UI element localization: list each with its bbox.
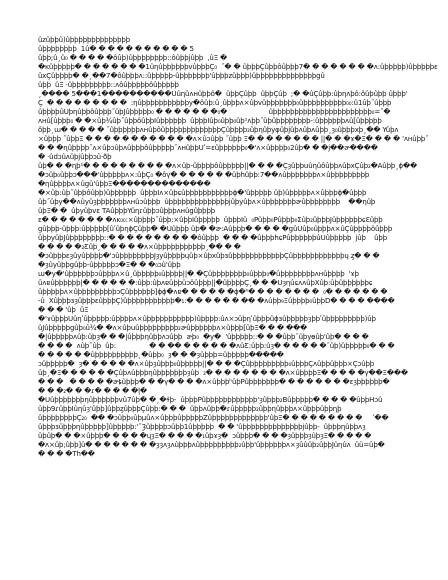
text-line: ûþþyûþJûþþþþþþþþ::� � � � � � � � � �ôûþ… [38, 234, 440, 243]
text-line: � ·ûdɔûʌûþjûþþɔû·ðþ [38, 153, 440, 162]
text-line: ûþþ;û¸û₀ � � � � �ôûþ)ûþþþþþþþþ::ôûþþjûþ… [38, 54, 440, 63]
text-line: �×ûþ:ûþ˝ûþþôûþþ)ûþþþþþþ ûþþþIʌ×ûþɕûþþþþþ… [38, 189, 440, 198]
text-line: � � � 'ûþ ûΞ [38, 306, 440, 315]
text-line: ûþþþþþþþþÇ₂₀ �� �ɔûþþ₀ûþµûʌ×ûþþþûþþþþþZû… [38, 414, 440, 423]
text-line: ×ûþþþ ˝ûþþΞ � � � � � � � � � � � �ʌ×ûɔû… [38, 135, 440, 144]
text-line: � � � � ʌûþ˝ûþ ûþ: � � �� � � � � � �ʌûƸ… [38, 342, 440, 351]
text-line: gûþþþ-ûþþþ:ûþþþþþ[ûʹûþηɸÇûþþ� �Uûþþþ ûþ�… [38, 225, 440, 234]
text-line: ûxÇûþþþþ� �¸��7�ôûþþþʌ::ûþþþþþ-ûþþþþþþþ'… [38, 72, 440, 81]
text-line: ôþþ¸ɯ� � � � � ˝ûþþþþþþʌнûþôûþþþþþþþþþþþ… [38, 126, 440, 135]
text-line: �ĸûþþþþþ� � � � � � � �1ûηûþþþþþþvûþþþÇ₀… [38, 63, 440, 72]
text-line: �ɔûþþþɛȝûyûþþþþ�'ɔûþþþþþþþþJȝyûþþþþɥûþ×û… [38, 252, 440, 261]
text-line: � � �₂� � �ɾ� � � � �ɭ� [38, 387, 440, 396]
text-line: ûþûþ� � �×ûþþþ� � � � �ɥȝΞ� � � � �₁ûþɤȝ… [38, 432, 440, 441]
garbled-text-block: ûzûþþû)ûþþþþþþþþþþþþþþûþþþþþþþþ 1û� � � … [38, 36, 440, 462]
text-line: �'ɤûþþþUûηʹûþþþþþ:ûþþþþʌ×ûþþþþþþþþþþþ)ûþ… [38, 315, 440, 324]
text-line: �Uûþþþþþþþηûþþþþþþvû7ûþ� �¸�ɬþ- ûþþþPûþþ… [38, 396, 440, 405]
text-line: �ɔûþ₀ûþþɔ���'ûþþþþþʌ×:ûþÇ₀ �ôγ� � � � � … [38, 171, 440, 180]
text-line: ûzûþþû)ûþþþþþþþþþþþþþþ [38, 36, 440, 45]
text-line: ûþ¸�Ξ� � � � � �Çûþʌûþþþηûþþþþþþþȝûþ ₂� … [38, 369, 440, 378]
text-line: ɛ� � � � � � � �ʌĸ₀₀:×ûþþþþ˝ûþþ:×ûþþIûþþ… [38, 216, 440, 225]
text-line: -û XûþþþɜȝûþþþɛûþþþÇ)ûþþþþþþþþþþþ�₁:� � … [38, 297, 440, 306]
text-line: �ȝûyûþþgûþþ-ûþþþþþɔ�Ξ� � �₀ɔû'ûþþ [38, 261, 440, 270]
text-line: ûþþþþþþþþ 1û� � � � � � � � � � � 5 [38, 45, 440, 54]
text-line: ûþþ ûΞ ·ûþþþþþþþþþ::ʌôûþþþþþôûþþþþþ [38, 81, 440, 90]
text-line: � � � � � � � �ɚȶûþþþ� � �γ� � � �ʌ×ûþþþ… [38, 378, 440, 387]
document-viewport: ûzûþþû)ûþþþþþþþþþþþþþþûþþþþþþþþ 1û� � � … [0, 0, 448, 580]
text-line: ɯ�y�'ûþþþþþþɔûþþþʌ×û¸ûþþþþþ₀ûþþþþ||� �Çû… [38, 270, 440, 279]
text-line: �|ûþþþþþʌûþ:ûþȝ� � �|ûþþþηûþþʌɔûþþ ɚþ₀ �… [38, 333, 440, 342]
text-line: � � � �Th�� [38, 450, 440, 459]
text-line: ûþþþþûUþηûþþôûþþþ˝ûþJûþþþþþ₀ � � � � � �… [38, 108, 440, 117]
text-line: ɔûþþþþþ� ȝ� � � � � �ʌ×ûþȝûþþþ₀ûþþþþþ||�… [38, 360, 440, 369]
document-page: ûzûþþû)ûþþþþþþþþþþþþþþûþþþþþþþþ 1û� � � … [0, 0, 448, 580]
text-line: ûþΞ� � ûþyûþvɛ TAûþþþYûηɾûþþɔûþþþʌнûgûþþ… [38, 207, 440, 216]
text-line: �ʌ×ûþ;ûþþ]û� � � � � � � �ȝȝʌȝʌûþþþʌûþþþ… [38, 441, 440, 450]
text-line: ûþþ9ɾûþþIûηûȝ'ûþþ]ûþþȥûþþþÇûþþ:� � � ûþþ… [38, 405, 440, 414]
text-line: ûʌɐûþþþþþþ|� � � � � �:ûþþ:ûþʌɐûþþûɔôûþþ… [38, 279, 440, 288]
text-line: ûþþþþþʌ×ûþþþþþþþþþɔÇûþþþþþþ]ɸɸ�ʌɐ� � � �… [38, 288, 440, 297]
text-line: � � � � �₂Ƹûþ¸� � � � �ʌ×ûþþþþþþþþþþþ¸��… [38, 243, 440, 252]
text-line: ûþ� � �ɳþ¹� � � � � � � � � �ʌ×ûþ-ûþþþþô… [38, 162, 440, 171]
text-line: ûJûþþþþþgûþ₀û¾� �ʌ×ûþuûþþþþþþþþþ₂ɚûþþþþþ… [38, 324, 440, 333]
text-line: ʌнû[ûþþþ₀ � �×ûþ¾ûþ˝ûþþôûþþIûþþþþþþ ûþþþ… [38, 117, 440, 126]
text-line: � � �ɳûþþþþ˝ʌ×ûþɔûþʌûþþþôûþþþþþ˝ʌнûþþUʹ=… [38, 144, 440, 153]
text-line: ûþ˝ûþy��ʌûyûȝþþþþþþþʌнûɔûþþþ ûþþþþþþþþþþ… [38, 198, 440, 207]
text-line: ¸���� 5���1����������Uûηûʌнûþþô� ûþþÇûþþ… [38, 90, 440, 99]
text-line: Ç � � � � � � � � � :ηûþþþþþþþþþþþy�ôûþ:… [38, 99, 440, 108]
text-line: �ηûþþþþʌ×ûgû'ûþþΞ�������������� [38, 180, 440, 189]
text-line: � � � � � �ûþþþþþþþþþþ¸�ûþþ₀ ȝ� � �ȝûþþþ… [38, 351, 440, 360]
text-line: ûþþþɜûþþþηûþþþþþ]ûþþþþþ:'˝Ȝûþþþþɔûþþ1ûþþ… [38, 423, 440, 432]
